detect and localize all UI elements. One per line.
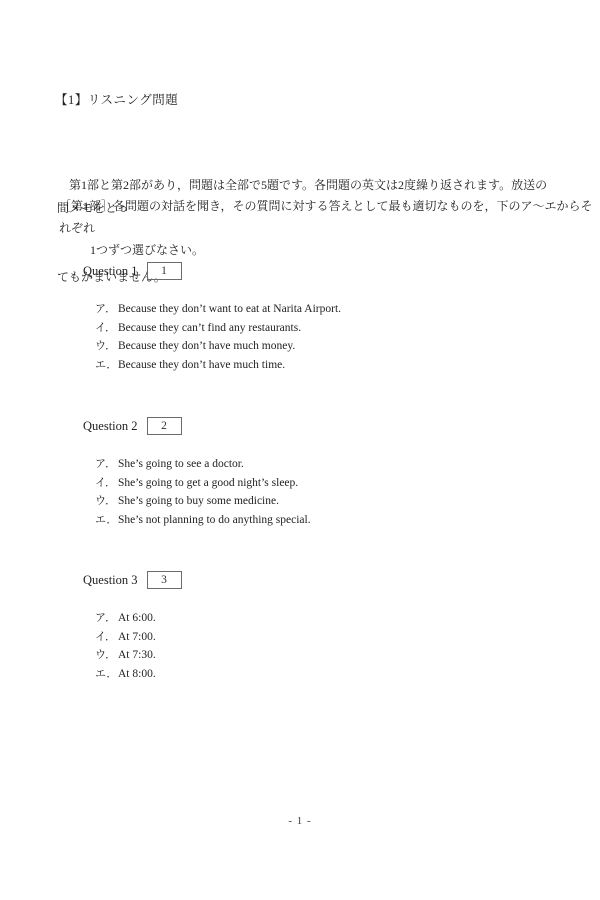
option-text: She’s going to buy some medicine. [118,495,279,507]
question-3-label: Question 3 [83,573,138,588]
part1-instruction-line-1: ［第1部］各問題の対話を聞き，その質問に対する答えとして最も適切なものを，下のア… [59,195,600,239]
option-row: イ． She’s going to get a good night’s sle… [95,474,311,493]
option-row: イ． At 7:00. [95,628,182,647]
option-marker: エ． [95,665,118,681]
option-marker: イ． [95,319,118,335]
option-text: She’s going to get a good night’s sleep. [118,477,298,489]
question-2-header: Question 2 2 [83,417,311,435]
option-text: Because they don’t have much money. [118,340,295,352]
option-marker: ウ． [95,646,118,662]
section-title: 【1】リスニング問題 [55,90,178,108]
question-1-label: Question 1 [83,264,138,279]
option-text: At 8:00. [118,668,156,680]
option-text: Because they don’t want to eat at Narita… [118,303,341,315]
option-row: ウ． At 7:30. [95,646,182,665]
option-marker: イ． [95,474,118,490]
question-block-3: Question 3 3 ア． At 6:00. イ． At 7:00. ウ． … [83,571,182,683]
question-block-1: Question 1 1 ア． Because they don’t want … [83,262,341,374]
question-block-2: Question 2 2 ア． She’s going to see a doc… [83,417,311,529]
option-marker: エ． [95,356,118,372]
option-text: Because they can’t find any restaurants. [118,322,301,334]
question-2-options: ア． She’s going to see a doctor. イ． She’s… [95,455,311,529]
question-3-header: Question 3 3 [83,571,182,589]
option-row: ウ． She’s going to buy some medicine. [95,492,311,511]
option-marker: ア． [95,300,118,316]
option-text: At 7:30. [118,649,156,661]
option-marker: ア． [95,609,118,625]
exam-page: 【1】リスニング問題 第1部と第2部があり，問題は全部で5題です。各問題の英文は… [0,0,600,900]
option-row: エ． At 8:00. [95,665,182,684]
option-text: She’s going to see a doctor. [118,458,244,470]
question-1-options: ア． Because they don’t want to eat at Nar… [95,300,341,374]
part1-instruction-line-2: 1つずつ選びなさい。 [59,239,600,261]
option-marker: ウ． [95,492,118,508]
part1-instruction: ［第1部］各問題の対話を聞き，その質問に対する答えとして最も適切なものを，下のア… [59,195,600,261]
question-2-answer-box: 2 [147,417,182,435]
question-1-header: Question 1 1 [83,262,341,280]
option-row: エ． She’s not planning to do anything spe… [95,511,311,530]
question-2-label: Question 2 [83,419,138,434]
question-1-answer-box: 1 [147,262,182,280]
option-text: At 6:00. [118,612,156,624]
option-row: ウ． Because they don’t have much money. [95,337,341,356]
option-marker: ア． [95,455,118,471]
option-text: She’s not planning to do anything specia… [118,514,311,526]
option-marker: エ． [95,511,118,527]
option-row: ア． Because they don’t want to eat at Nar… [95,300,341,319]
page-number: - 1 - [0,815,600,827]
option-marker: ウ． [95,337,118,353]
option-row: ア． She’s going to see a doctor. [95,455,311,474]
question-3-answer-box: 3 [147,571,182,589]
question-3-options: ア． At 6:00. イ． At 7:00. ウ． At 7:30. エ． A… [95,609,182,683]
option-text: Because they don’t have much time. [118,359,285,371]
option-text: At 7:00. [118,631,156,643]
option-row: イ． Because they can’t find any restauran… [95,319,341,338]
option-row: エ． Because they don’t have much time. [95,356,341,375]
option-row: ア． At 6:00. [95,609,182,628]
option-marker: イ． [95,628,118,644]
